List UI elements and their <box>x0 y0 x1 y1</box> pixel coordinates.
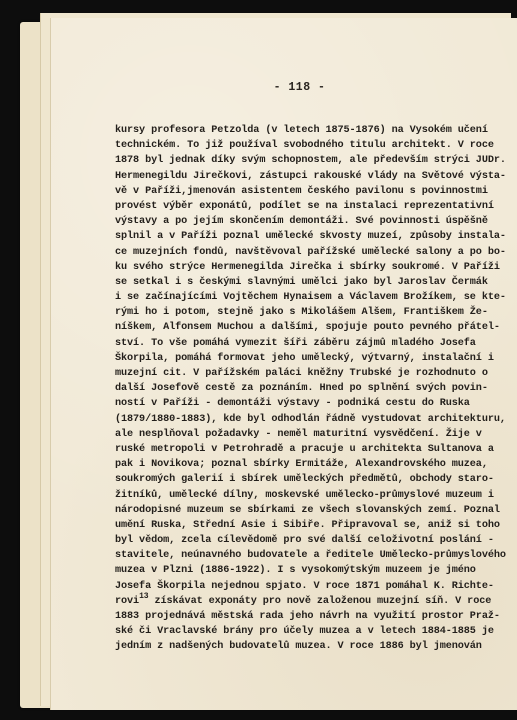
text-line: žitníků, umělecké dílny, moskevské uměle… <box>115 488 515 503</box>
text-line: ale nesplňoval požadavky - neměl maturit… <box>115 427 515 442</box>
text-line: ruské metropoli v Petrohradě a pracuje u… <box>115 442 515 457</box>
text-line: ce muzejních fondů, navštěvoval pařížské… <box>115 245 515 260</box>
text-line: národopisné muzeum se sbírkami ze všech … <box>115 503 515 518</box>
text-line: ku svého strýce Hermenegilda Jirečka i s… <box>115 260 515 275</box>
text-line: provést výběr exponátů, podílet se na in… <box>115 199 515 214</box>
text-line: ností v Paříži - demontáži výstavy - pod… <box>115 396 515 411</box>
text-line: (1879/1880-1883), kde byl odhodlán řádně… <box>115 412 515 427</box>
text-line: Hermenegildu Jirečkovi, zástupci rakousk… <box>115 169 515 184</box>
text-line: výstavy a po jejím skončením demontáži. … <box>115 214 515 229</box>
text-line: soukromých galerií i sbírek uměleckých p… <box>115 472 515 487</box>
text-segment: rovi <box>115 596 139 607</box>
text-line: splnil a v Paříži poznal umělecké skvost… <box>115 229 515 244</box>
text-line: rými ho i potom, stejně jako s Mikolášem… <box>115 305 515 320</box>
text-line: technickém. To již používal svobodného t… <box>115 138 515 153</box>
text-line: pak i Novikova; poznal sbírky Ermitáže, … <box>115 457 515 472</box>
text-line: umění Ruska, Střední Asie i Sibiře. Přip… <box>115 518 515 533</box>
text-line: níškem, Alfonsem Muchou a dalšími, spoju… <box>115 320 515 335</box>
text-line: ství. To vše pomáhá vymezit šíři záběru … <box>115 336 515 351</box>
text-line: vě v Paříži,jmenován asistentem českého … <box>115 184 515 199</box>
text-line-with-footnote: rovi13 získávat exponáty pro nově založe… <box>115 594 515 609</box>
text-line: jedním z nadšených budovatelů muzea. V r… <box>115 639 515 654</box>
text-segment: získávat exponáty pro nově založenou muz… <box>148 596 491 607</box>
text-line: muzea v Plzni (1886-1922). I s vysokomýt… <box>115 563 515 578</box>
text-line: ské či Vraclavské brány pro účely muzea … <box>115 624 515 639</box>
text-line: Josefa Škorpila nejednou spjato. V roce … <box>115 579 515 594</box>
text-line: 1878 byl jednak díky svým schopnostem, a… <box>115 153 515 168</box>
text-line: 1883 projednává městská rada jeho návrh … <box>115 609 515 624</box>
text-line: stavitele, neúnavného budovatele a ředit… <box>115 548 515 563</box>
text-line: Škorpila, pomáhá formovat jeho umělecký,… <box>115 351 515 366</box>
page-number: - 118 - <box>51 81 517 94</box>
body-text: kursy profesora Petzolda (v letech 1875-… <box>115 123 515 655</box>
text-line: muzejní cit. V pařížském paláci kněžny T… <box>115 366 515 381</box>
text-line: kursy profesora Petzolda (v letech 1875-… <box>115 123 515 138</box>
text-line: i se začínajícími Vojtěchem Hynaisem a V… <box>115 290 515 305</box>
text-line: byl vědom, zcela cílevědomě pro své dalš… <box>115 533 515 548</box>
document-page: - 118 - kursy profesora Petzolda (v lete… <box>50 18 517 710</box>
text-line: se setkal i s českými slavnými umělci ja… <box>115 275 515 290</box>
text-line: další Josefově cestě za poznáním. Hned p… <box>115 381 515 396</box>
